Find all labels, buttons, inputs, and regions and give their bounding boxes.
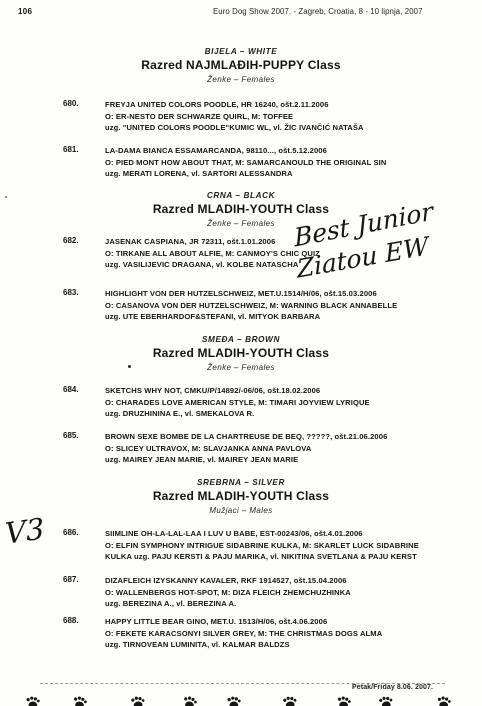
parents-line: O: SLICEY ULTRAVOX, M: SLAVJANKA ANNA PA… [105, 443, 473, 455]
entry-number: 681. [63, 145, 79, 154]
page-header: Euro Dog Show 2007. - Zagreb, Croatia, 8… [213, 7, 463, 16]
breeder-owner-line: uzg. MERATI LORENA, vl. SARTORI ALESSAND… [105, 168, 473, 180]
page-number: 106 [18, 7, 32, 16]
paw-print-icon [436, 696, 451, 706]
scan-artifact-bullet [128, 365, 131, 368]
entry-number: 687. [63, 575, 79, 584]
breeder-owner-line: uzg. UTE EBERHARDOF&STEFANI, vl. MITYOK … [105, 311, 473, 323]
breeder-owner-line: KULKA uzg. PAJU KERSTI & PAJU MARIKA, vl… [105, 551, 473, 563]
entry-number: 686. [63, 528, 79, 537]
entry-number: 685. [63, 431, 79, 440]
paw-print-icon [226, 696, 241, 706]
breeder-owner-line: uzg. MAIREY JEAN MARIE, vl. MAIREY JEAN … [105, 454, 473, 466]
parents-line: O: CHARADES LOVE AMERICAN STYLE, M: TIMA… [105, 397, 473, 409]
color-heading: SREBRNA – SILVER [0, 478, 482, 487]
color-heading: BIJELA – WHITE [0, 47, 482, 56]
class-heading: Razred NAJMLAĐIH-PUPPY Class [0, 58, 482, 72]
breeder-owner-line: uzg. "UNITED COLORS POODLE"KUMIC WL, vl.… [105, 122, 473, 134]
dog-name-line: HAPPY LITTLE BEAR GINO, MET.U. 1513/H/06… [105, 616, 473, 628]
catalog-entry-686: 686. SIIMLINE OH-LA-LAL-LAA I LUV U BABE… [0, 528, 482, 568]
paw-print-icon [282, 696, 297, 706]
dog-name-line: SIIMLINE OH-LA-LAL-LAA I LUV U BABE, EST… [105, 528, 473, 540]
paw-print-icon [336, 696, 351, 706]
parents-line: O: ELFIN SYMPHONY INTRIGUE SIDABRINE KUL… [105, 540, 473, 552]
handwritten-grade-mark: V3 [4, 511, 45, 550]
catalog-page: 106 Euro Dog Show 2007. - Zagreb, Croati… [0, 0, 482, 706]
breeder-owner-line: uzg. BEREZINA A., vl. BEREZINA A. [105, 598, 473, 610]
entry-number: 682. [63, 236, 79, 245]
parents-line: O: PIED MONT HOW ABOUT THAT, M: SAMARCAN… [105, 157, 473, 169]
catalog-entry-688: 688. HAPPY LITTLE BEAR GINO, MET.U. 1513… [0, 616, 482, 656]
breeder-owner-line: uzg. DRUZHININA E., vl. SMEKALOVA R. [105, 408, 473, 420]
section-heading-silver-youth: SREBRNA – SILVER Razred MLADIH-YOUTH Cla… [0, 478, 482, 515]
paw-print-icon [25, 696, 40, 706]
parents-line: O: WALLENBERGS HOT-SPOT, M: DIZA FLEICH … [105, 587, 473, 599]
section-heading-white-puppy: BIJELA – WHITE Razred NAJMLAĐIH-PUPPY Cl… [0, 47, 482, 84]
color-heading: CRNA – BLACK [0, 191, 482, 200]
sex-heading: Ženke – Females [0, 75, 482, 84]
section-heading-brown-youth: SMEĐA – BROWN Razred MLADIH-YOUTH Class … [0, 335, 482, 372]
class-heading: Razred MLADIH-YOUTH Class [0, 489, 482, 503]
catalog-entry-680: 680. FREYJA UNITED COLORS POODLE, HR 162… [0, 99, 482, 139]
paw-print-icon [378, 696, 393, 706]
paw-print-icon [130, 696, 145, 706]
entry-number: 683. [63, 288, 79, 297]
scan-artifact-dot [5, 196, 7, 198]
catalog-entry-687: 687. DIZAFLEICH IZYSKANNY KAVALER, RKF 1… [0, 575, 482, 615]
catalog-entry-683: 683. HIGHLIGHT VON DER HUTZELSCHWEIZ, ME… [0, 288, 482, 328]
dog-name-line: FREYJA UNITED COLORS POODLE, HR 16240, o… [105, 99, 473, 111]
parents-line: O: FEKETE KARACSONYI SILVER GREY, M: THE… [105, 628, 473, 640]
entry-number: 684. [63, 385, 79, 394]
catalog-entry-684: 684. SKETCHS WHY NOT, CMKU/P/14892/-06/0… [0, 385, 482, 425]
sex-heading: Mužjaci – Males [0, 506, 482, 515]
breeder-owner-line: uzg. TIRNOVEAN LUMINITA, vl. KALMAR BALD… [105, 639, 473, 651]
sex-heading: Ženke – Females [0, 363, 482, 372]
paw-print-icon [72, 696, 87, 706]
catalog-entry-681: 681. LA-DAMA BIANCA ESSAMARCANDA, 98110.… [0, 145, 482, 185]
catalog-entry-685: 685. BROWN SEXE BOMBE DE LA CHARTREUSE D… [0, 431, 482, 471]
footer-date: Petak/Friday 8.06. 2007. [352, 684, 462, 691]
entry-number: 688. [63, 616, 79, 625]
parents-line: O: ER-NESTO DER SCHWARZE QUIRL, M: TOFFE… [105, 111, 473, 123]
dog-name-line: HIGHLIGHT VON DER HUTZELSCHWEIZ, MET.U.1… [105, 288, 473, 300]
parents-line: O: CASANOVA VON DER HUTZELSCHWEIZ, M: WA… [105, 300, 473, 312]
class-heading: Razred MLADIH-YOUTH Class [0, 346, 482, 360]
paw-print-icon [182, 696, 197, 706]
dog-name-line: LA-DAMA BIANCA ESSAMARCANDA, 98110..., o… [105, 145, 473, 157]
dog-name-line: BROWN SEXE BOMBE DE LA CHARTREUSE DE BEQ… [105, 431, 473, 443]
color-heading: SMEĐA – BROWN [0, 335, 482, 344]
dog-name-line: DIZAFLEICH IZYSKANNY KAVALER, RKF 191452… [105, 575, 473, 587]
dog-name-line: SKETCHS WHY NOT, CMKU/P/14892/-06/06, oš… [105, 385, 473, 397]
entry-number: 680. [63, 99, 79, 108]
